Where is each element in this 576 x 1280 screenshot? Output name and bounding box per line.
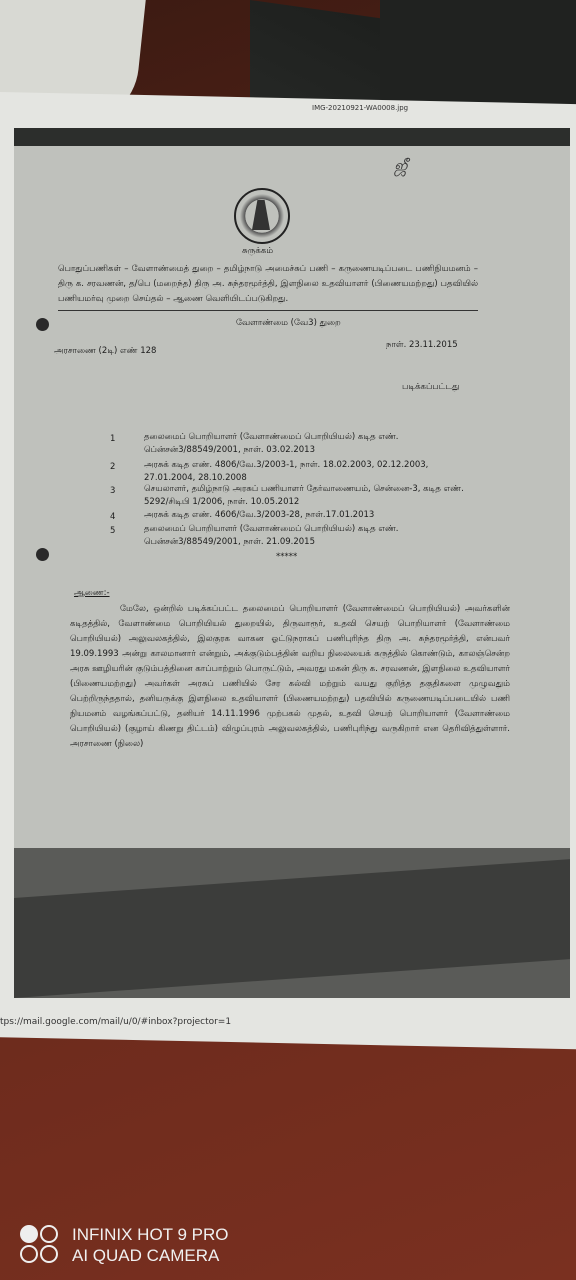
reference-text: தலைமைப் பொறியாளர் (வேளாண்மைப் பொறியியல்)…	[144, 431, 474, 457]
camera-logo-icon	[20, 1225, 60, 1265]
reference-number: 2	[110, 462, 115, 472]
tn-emblem-icon	[234, 188, 290, 244]
document-page: ஜீ சுருக்கம் பொதுப்பணிகள் – வேளாண்மைத் த…	[14, 128, 570, 998]
punch-hole	[36, 548, 49, 561]
reference-number: 5	[110, 526, 115, 536]
read-label: படிக்கப்பட்டது	[402, 382, 460, 393]
handwritten-initial: ஜீ	[394, 156, 407, 177]
camera-watermark: INFINIX HOT 9 PRO AI QUAD CAMERA	[20, 1224, 229, 1266]
reference-number: 4	[110, 512, 115, 522]
reference-text: அரசுக் கடித எண். 4606/வே.3/2003-28, நாள்…	[144, 509, 474, 522]
order-body: மேலே, ஒன்றில் படிக்கப்பட்ட தலைமைப் பொறிய…	[70, 602, 510, 752]
separator: *****	[276, 552, 297, 562]
reference-number: 1	[110, 434, 115, 444]
reference-text: செயலாளர், தமிழ்நாடு அரசுப் பணியாளர் தேர்…	[144, 483, 474, 509]
reference-text: தலைமைப் பொறியாளர் (வேளாண்மைப் பொறியியல்)…	[144, 523, 474, 549]
reference-text: அரசுக் கடித எண். 4806/வே.3/2003-1, நாள்.…	[144, 459, 474, 485]
order-heading: ஆணை:-	[74, 588, 110, 599]
watermark-line1: INFINIX HOT 9 PRO	[72, 1224, 229, 1245]
summary-text: பொதுப்பணிகள் – வேளாண்மைத் துறை – தமிழ்நா…	[58, 262, 478, 307]
url-footer: tps://mail.google.com/mail/u/0/#inbox?pr…	[0, 1017, 231, 1027]
order-number: அரசாணை (2டி) எண் 128	[54, 346, 156, 357]
order-date: நாள். 23.11.2015	[386, 340, 458, 351]
punch-hole	[36, 318, 49, 331]
file-name-label: IMG-20210921-WA0008.jpg	[312, 104, 408, 112]
reference-number: 3	[110, 486, 115, 496]
watermark-line2: AI QUAD CAMERA	[72, 1245, 229, 1266]
emblem-caption: சுருக்கம்	[242, 246, 273, 257]
divider	[58, 310, 478, 311]
department-label: வேளாண்மை (வே3) துறை	[236, 318, 341, 329]
scan-top-band	[14, 128, 570, 146]
